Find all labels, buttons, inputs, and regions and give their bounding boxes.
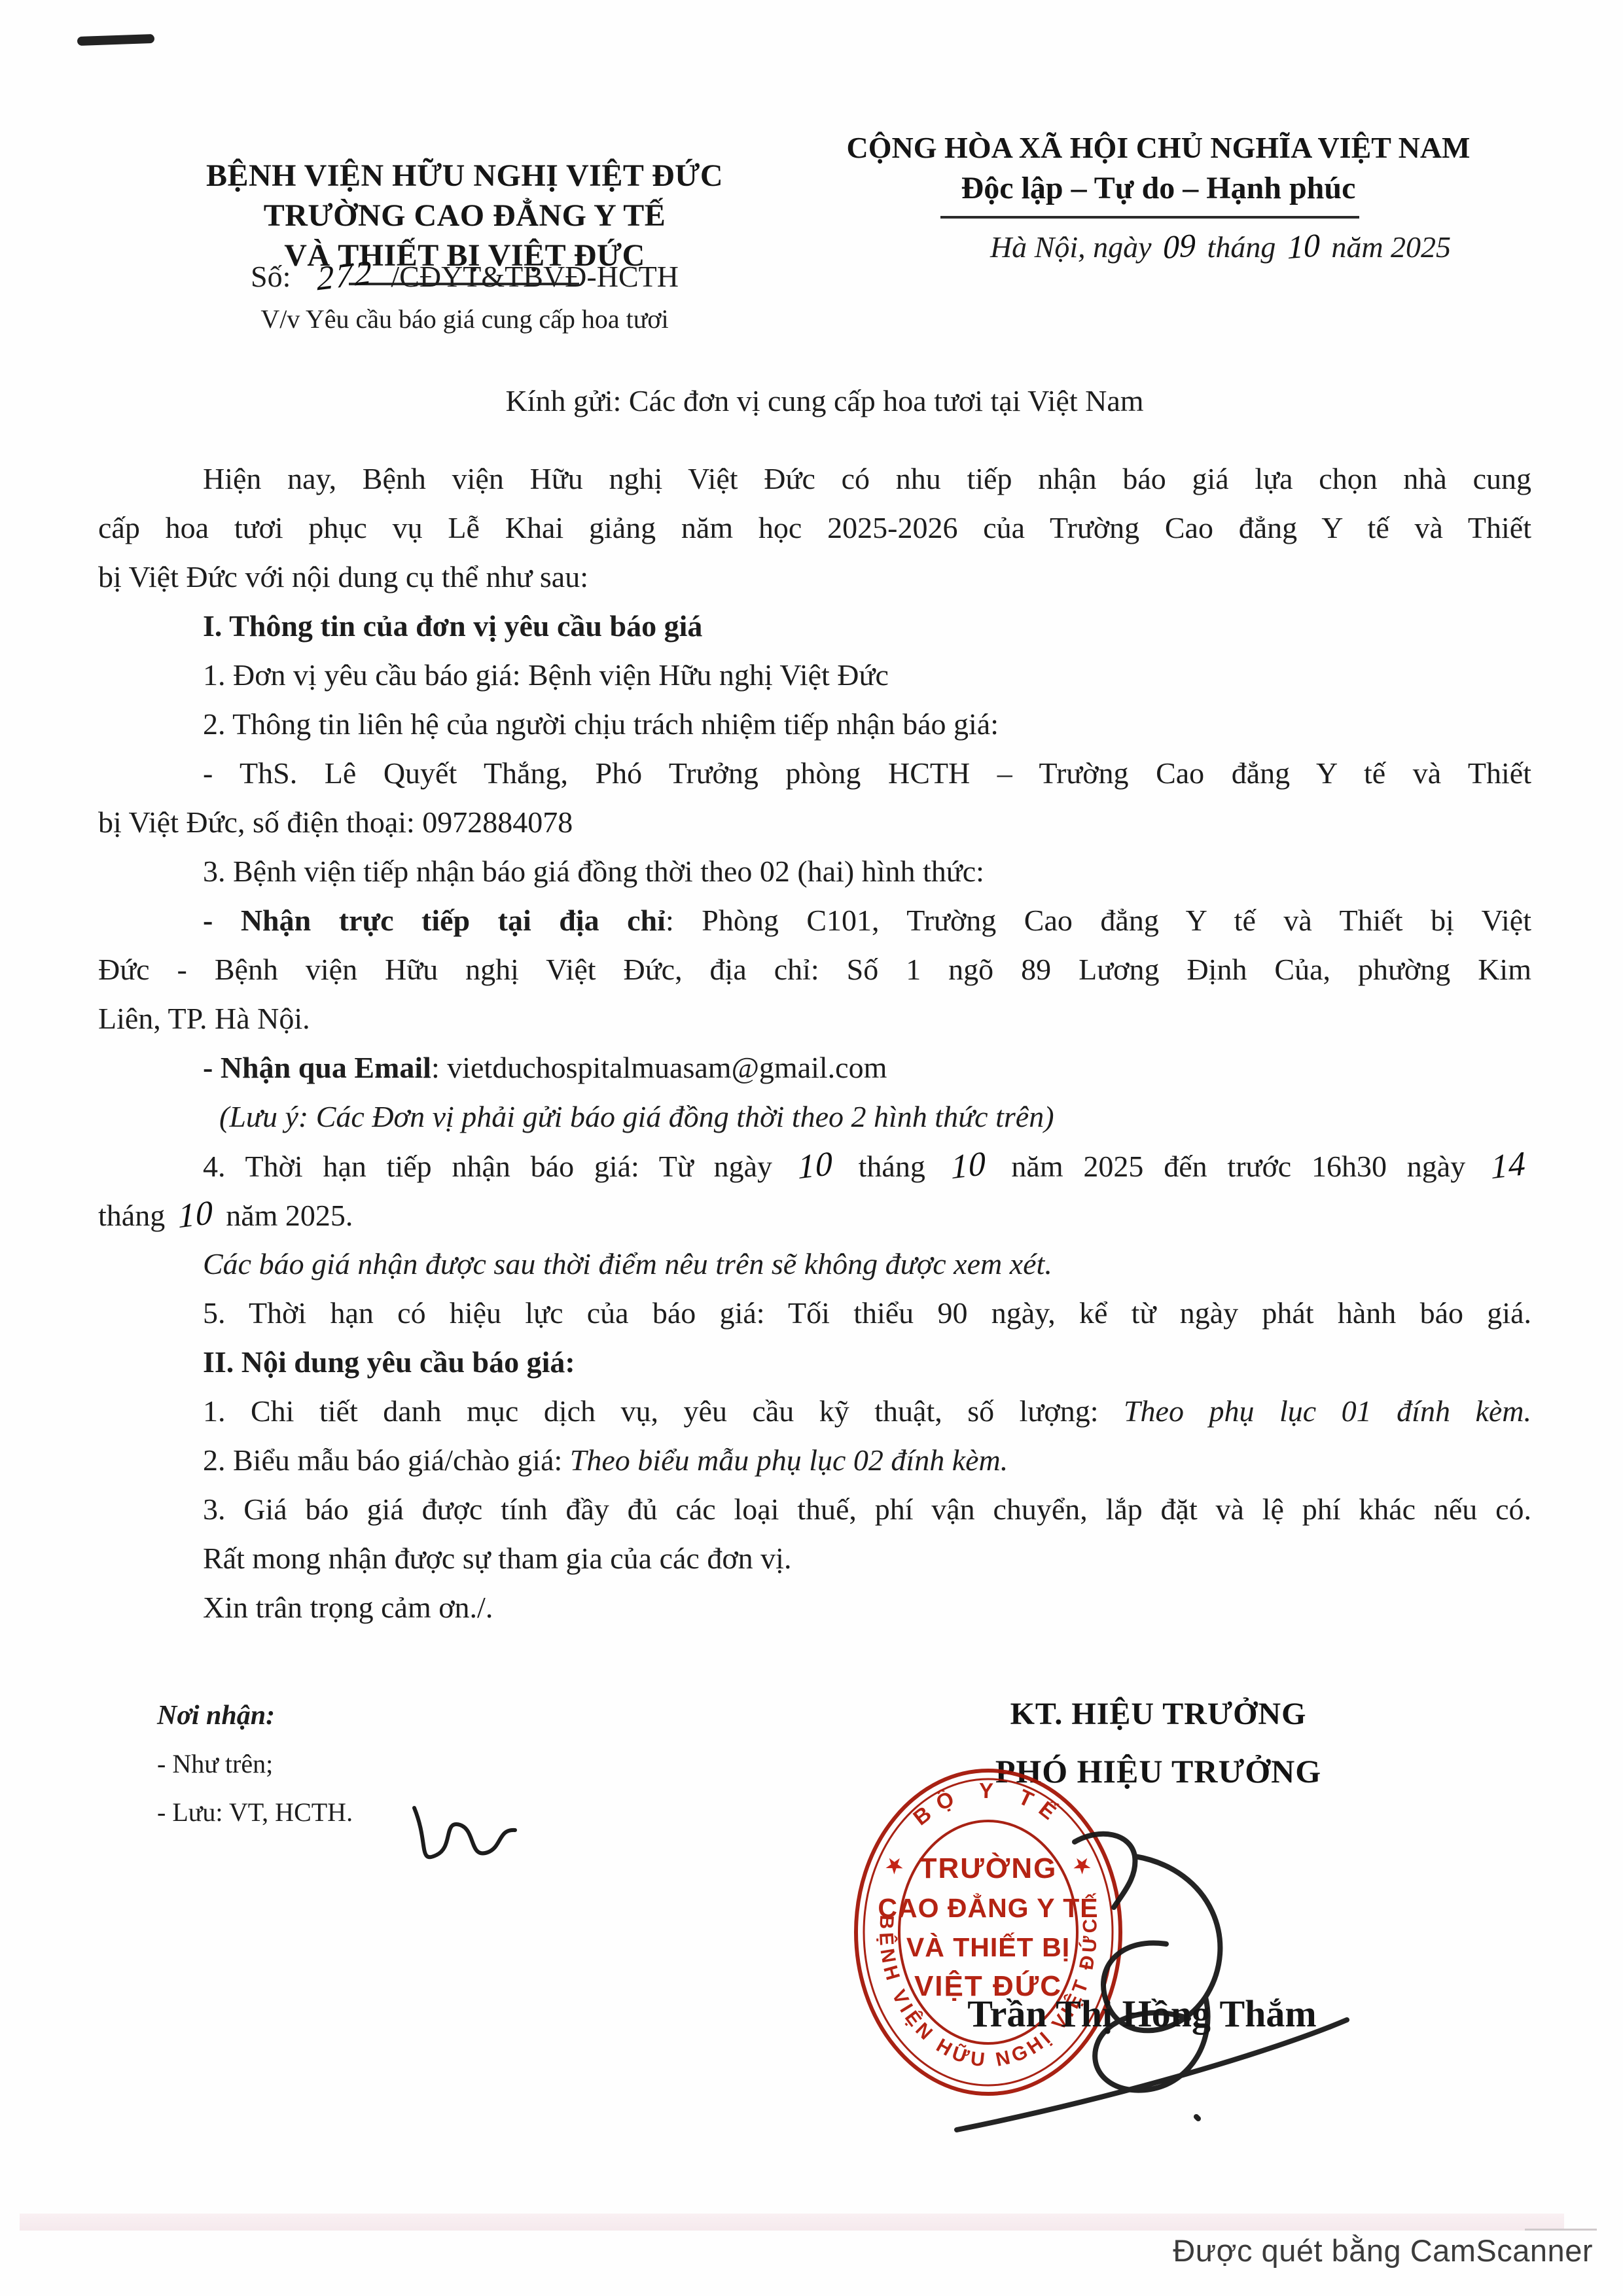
body-line: 5. Thời hạn có hiệu lực của báo giá: Tối… — [98, 1288, 1531, 1337]
date-month-handwritten: 10 — [1287, 225, 1320, 268]
deadline-day-handwritten: 10 — [797, 1139, 833, 1193]
deadline-end-day-handwritten: 14 — [1491, 1139, 1527, 1193]
deadline2-month-handwritten: 10 — [177, 1188, 213, 1242]
s2i1-italic: Theo phụ lục 01 đính kèm. — [1124, 1394, 1531, 1428]
body-line: Liên, TP. Hà Nội. — [98, 994, 1531, 1043]
closing-line: Xin trân trọng cảm ơn./. — [98, 1583, 1531, 1632]
note-line: Các báo giá nhận được sau thời điểm nêu … — [98, 1239, 1531, 1288]
body-line: Đức - Bệnh viện Hữu nghị Việt Đức, địa c… — [98, 945, 1531, 994]
date-day-handwritten: 09 — [1163, 225, 1196, 268]
body-line: bị Việt Đức với nội dung cụ thể như sau: — [98, 552, 1531, 601]
subject-line: V/v Yêu cầu báo giá cung cấp hoa tươi — [92, 302, 838, 336]
document-number-line: Số:272/CĐYT&TBVĐ-HCTH — [92, 256, 838, 296]
s2i2-italic: Theo biểu mẫu phụ lục 02 đính kèm. — [570, 1443, 1008, 1477]
email-method-rest: : vietduchospitalmuasam@gmail.com — [431, 1051, 887, 1084]
deadline2-pre: tháng — [98, 1199, 173, 1232]
body-line: 4. Thời hạn tiếp nhận báo giá: Từ ngày 1… — [98, 1141, 1531, 1190]
s2i1-pre: 1. Chi tiết danh mục dịch vụ, yêu cầu kỹ… — [203, 1394, 1124, 1428]
signature-scribble — [910, 1809, 1394, 2149]
letter-body: Hiện nay, Bệnh viện Hữu nghị Việt Đức có… — [98, 454, 1531, 1632]
org-name-line1: BỆNH VIỆN HỮU NGHỊ VIỆT ĐỨC — [92, 156, 838, 196]
body-line: bị Việt Đức, số điện thoại: 0972884078 — [98, 798, 1531, 847]
national-motto-line2: Độc lập – Tự do – Hạnh phúc — [805, 168, 1512, 209]
direct-method-label: - Nhận trực tiếp tại địa chỉ — [203, 904, 666, 937]
deadline-pre: 4. Thời hạn tiếp nhận báo giá: Từ ngày — [203, 1150, 793, 1183]
note-line: (Lưu ý: Các Đơn vị phải gửi báo giá đồng… — [98, 1092, 1531, 1141]
section1-heading: I. Thông tin của đơn vị yêu cầu báo giá — [98, 601, 1531, 650]
national-underline — [940, 216, 1359, 219]
date-prefix: Hà Nội, ngày — [990, 230, 1159, 264]
body-line: - ThS. Lê Quyết Thắng, Phó Trưởng phòng … — [98, 749, 1531, 798]
scan-edge-band — [20, 2214, 1564, 2231]
recipients-item: - Lưu: VT, HCTH. — [157, 1797, 353, 1828]
section2-heading: II. Nội dung yêu cầu báo giá: — [98, 1337, 1531, 1386]
body-line: tháng 10 năm 2025. — [98, 1190, 1531, 1239]
body-line: 3. Bệnh viện tiếp nhận báo giá đồng thời… — [98, 847, 1531, 896]
signer-title-line1: KT. HIỆU TRƯỞNG — [805, 1696, 1512, 1732]
place-date-line: Hà Nội, ngày 09 tháng 10 năm 2025 — [913, 226, 1528, 267]
deadline2-post: năm 2025. — [219, 1199, 353, 1232]
body-line: 1. Chi tiết danh mục dịch vụ, yêu cầu kỹ… — [98, 1386, 1531, 1436]
org-name-line2: TRƯỜNG CAO ĐẲNG Y TẾ — [92, 196, 838, 236]
ref-number-handwritten: 272 — [317, 253, 374, 300]
national-motto-line1: CỘNG HÒA XÃ HỘI CHỦ NGHĨA VIỆT NAM — [805, 128, 1512, 168]
body-line: cấp hoa tươi phục vụ Lễ Khai giảng năm h… — [98, 503, 1531, 552]
clerk-initial-scribble — [402, 1790, 540, 1881]
scanned-letter-page: BỆNH VIỆN HỮU NGHỊ VIỆT ĐỨC TRƯỜNG CAO Đ… — [0, 0, 1623, 2296]
scan-artifact-dash — [77, 34, 154, 46]
body-line: 2. Biểu mẫu báo giá/chào giá: Theo biểu … — [98, 1436, 1531, 1485]
body-line: Hiện nay, Bệnh viện Hữu nghị Việt Đức có… — [98, 454, 1531, 503]
email-method-label: - Nhận qua Email — [203, 1051, 431, 1084]
signer-name: Trần Thị Hồng Thắm — [815, 1992, 1469, 2036]
ref-label: Số: — [251, 260, 291, 293]
closing-line: Rất mong nhận được sự tham gia của các đ… — [98, 1534, 1531, 1583]
deadline-mid2: năm 2025 đến trước 16h30 ngày — [991, 1150, 1486, 1183]
recipients-item: - Như trên; — [157, 1748, 273, 1779]
body-line: 2. Thông tin liên hệ của người chịu trác… — [98, 699, 1531, 749]
s2i2-pre: 2. Biểu mẫu báo giá/chào giá: — [203, 1443, 570, 1477]
deadline-mid1: tháng — [838, 1150, 946, 1183]
ref-suffix: /CĐYT&TBVĐ-HCTH — [391, 260, 679, 293]
national-header-block: CỘNG HÒA XÃ HỘI CHỦ NGHĨA VIỆT NAM Độc l… — [805, 128, 1512, 209]
direct-method-rest: : Phòng C101, Trường Cao đẳng Y tế và Th… — [666, 904, 1531, 937]
camscanner-watermark: Được quét bằng CamScanner — [1173, 2233, 1593, 2269]
scan-edge-line — [1525, 2229, 1597, 2231]
body-line: - Nhận qua Email: vietduchospitalmuasam@… — [98, 1043, 1531, 1092]
recipient-line: Kính gửi: Các đơn vị cung cấp hoa tươi t… — [98, 381, 1531, 421]
recipients-title: Nơi nhận: — [157, 1700, 275, 1731]
stamp-star-left-icon: ★ — [880, 1850, 910, 1881]
body-line: - Nhận trực tiếp tại địa chỉ: Phòng C101… — [98, 896, 1531, 945]
body-line: 3. Giá báo giá được tính đầy đủ các loại… — [98, 1485, 1531, 1534]
date-mid: tháng — [1200, 230, 1283, 264]
body-line: 1. Đơn vị yêu cầu báo giá: Bệnh viện Hữu… — [98, 650, 1531, 699]
deadline-month-handwritten: 10 — [950, 1139, 986, 1193]
date-suffix: năm 2025 — [1324, 230, 1451, 264]
